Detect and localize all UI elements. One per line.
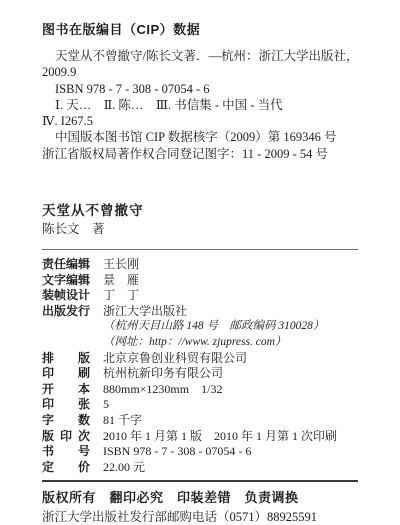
- row-value: 81 千字: [103, 413, 142, 429]
- copyright-notice: 版权所有 翻印必究 印装差错 负责调换: [42, 490, 358, 506]
- colophon-row-text-editor: 文字编辑 景 雁: [42, 273, 358, 289]
- divider-top: [42, 249, 358, 250]
- row-value: 22.00 元: [103, 460, 145, 476]
- cip-line-title: 天堂从不曾撤守/陈长文著．—杭州：浙江大学出版社，: [42, 48, 358, 64]
- cip-line-class-number: Ⅳ. I267.5: [42, 113, 358, 129]
- colophon-row-typesetting: 排版 北京京鲁创业科贸有限公司: [42, 351, 358, 367]
- row-label: 版印次: [42, 429, 90, 445]
- row-value: （网址：http：//www. zjupress. com）: [103, 335, 286, 351]
- colophon-row-editor: 责任编辑 王长刚: [42, 257, 358, 273]
- row-value: （杭州天目山路 148 号 邮政编码 310028）: [103, 319, 324, 335]
- colophon-row-address: （杭州天目山路 148 号 邮政编码 310028）: [42, 319, 358, 335]
- cip-line-registration: 浙江省版权局著作权合同登记图字：11 - 2009 - 54 号: [42, 146, 358, 162]
- row-value: 北京京鲁创业科贸有限公司: [103, 351, 247, 367]
- colophon-row-sheets: 印张 5: [42, 397, 358, 413]
- row-label: 装帧设计: [42, 288, 90, 304]
- colophon-row-printer: 印刷 杭州杭新印务有限公司: [42, 366, 358, 382]
- cip-line-classification: Ⅰ. 天… Ⅱ. 陈… Ⅲ. 书信集 - 中国 - 当代: [42, 97, 358, 113]
- colophon-row-format: 开本 880mm×1230mm 1/32: [42, 382, 358, 398]
- book-title: 天堂从不曾撤守: [42, 202, 358, 219]
- colophon-row-edition: 版印次 2010 年 1 月第 1 版 2010 年 1 月第 1 次印刷: [42, 429, 358, 445]
- row-value: 王长刚: [103, 257, 139, 273]
- book-author: 陈长文 著: [42, 221, 358, 238]
- row-value: 丁 丁: [103, 288, 139, 304]
- colophon-section: 责任编辑 王长刚 文字编辑 景 雁 装帧设计 丁 丁 出版发行 浙江大学出版社 …: [42, 257, 358, 475]
- colophon-row-word-count: 字数 81 千字: [42, 413, 358, 429]
- row-label: [42, 335, 90, 351]
- row-label: 责任编辑: [42, 257, 90, 273]
- row-label: 文字编辑: [42, 273, 90, 289]
- row-label: 书号: [42, 444, 90, 460]
- title-block: 天堂从不曾撤守 陈长文 著: [42, 202, 358, 238]
- colophon-row-designer: 装帧设计 丁 丁: [42, 288, 358, 304]
- row-value: 2010 年 1 月第 1 版 2010 年 1 月第 1 次印刷: [103, 429, 337, 445]
- colophon-row-isbn: 书号 ISBN 978 - 7 - 308 - 07054 - 6: [42, 444, 358, 460]
- row-label: 印张: [42, 397, 90, 413]
- row-value: 景 雁: [103, 273, 139, 289]
- cip-line-record-number: 中国版本图书馆 CIP 数据核字（2009）第 169346 号: [42, 129, 358, 145]
- row-label: 印刷: [42, 366, 90, 382]
- row-value: 杭州杭新印务有限公司: [103, 366, 223, 382]
- row-label: 字数: [42, 413, 90, 429]
- row-label: 开本: [42, 382, 90, 398]
- row-label: 定价: [42, 460, 90, 476]
- cip-section: 图书在版编目（CIP）数据 天堂从不曾撤守/陈长文著．—杭州：浙江大学出版社， …: [42, 22, 358, 162]
- colophon-row-price: 定价 22.00 元: [42, 460, 358, 476]
- cip-heading: 图书在版编目（CIP）数据: [42, 22, 358, 38]
- row-value: 5: [103, 397, 109, 413]
- colophon-row-website: （网址：http：//www. zjupress. com）: [42, 335, 358, 351]
- row-value: ISBN 978 - 7 - 308 - 07054 - 6: [103, 444, 251, 460]
- footer-section: 版权所有 翻印必究 印装差错 负责调换 浙江大学出版社发行部邮购电话（0571）…: [42, 490, 358, 525]
- cip-line-year: 2009.9: [42, 64, 358, 80]
- colophon-row-publisher: 出版发行 浙江大学出版社: [42, 304, 358, 320]
- row-value: 880mm×1230mm 1/32: [103, 382, 222, 398]
- row-label: 出版发行: [42, 304, 90, 320]
- contact-line: 浙江大学出版社发行部邮购电话（0571）88925591: [42, 509, 358, 525]
- copyright-page: 图书在版编目（CIP）数据 天堂从不曾撤守/陈长文著．—杭州：浙江大学出版社， …: [0, 0, 400, 525]
- cip-line-isbn: ISBN 978 - 7 - 308 - 07054 - 6: [42, 81, 358, 97]
- divider-bottom: [42, 480, 358, 482]
- row-label: [42, 319, 90, 335]
- row-value: 浙江大学出版社: [103, 304, 187, 320]
- row-label: 排版: [42, 351, 90, 367]
